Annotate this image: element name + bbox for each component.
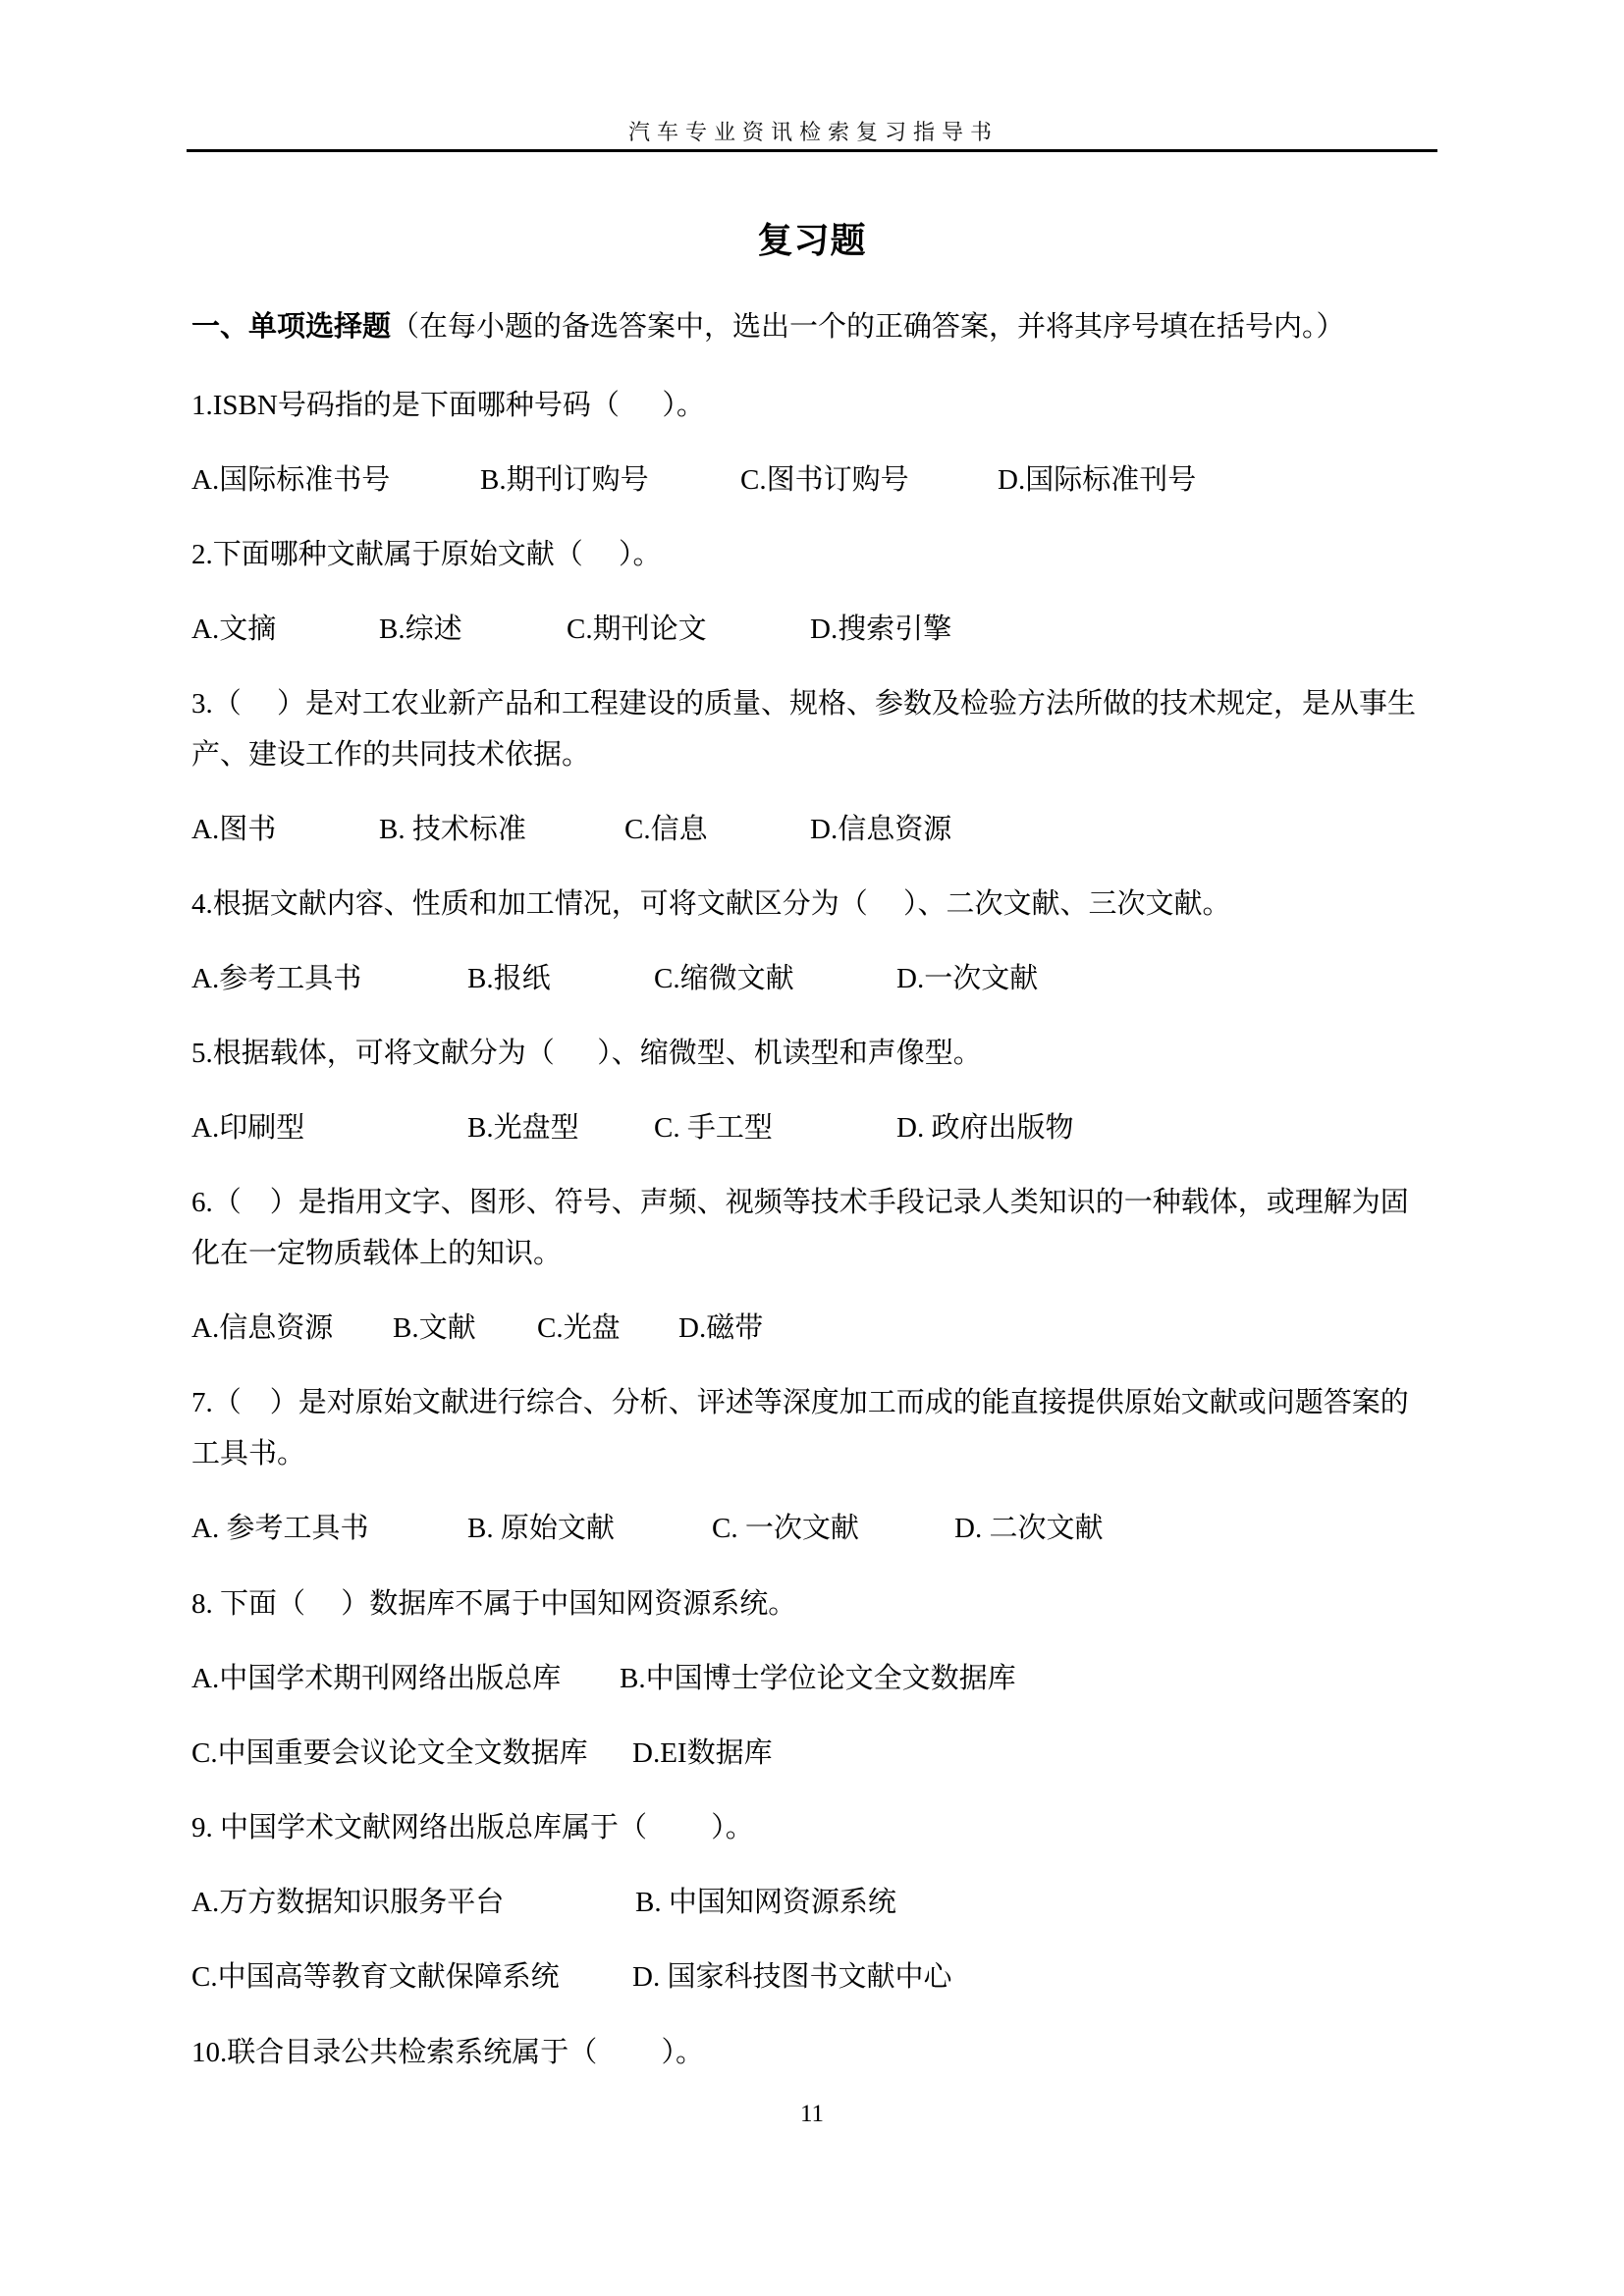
question-4: 4.根据文献内容、性质和加工情况，可将文献区分为（ ）、二次文献、三次文献。 (191, 884, 1231, 924)
q4-option-d: D.一次文献 (896, 959, 1038, 998)
question-7-line-2: 工具书。 (191, 1434, 305, 1473)
question-3-line-2: 产、建设工作的共同技术依据。 (191, 735, 590, 774)
section-heading: 一、单项选择题（在每小题的备选答案中，选出一个的正确答案，并将其序号填在括号内。… (191, 307, 1345, 347)
question-6-line-2: 化在一定物质载体上的知识。 (191, 1234, 562, 1273)
q3-option-b: B. 技术标准 (379, 810, 526, 849)
q9-option-a: A.万方数据知识服务平台 (191, 1883, 504, 1922)
running-header: 汽车专业资讯检索复习指导书 (0, 115, 1624, 150)
q1-option-a: A.国际标准书号 (191, 460, 390, 500)
question-5: 5.根据载体，可将文献分为（ ）、缩微型、机读型和声像型。 (191, 1034, 982, 1073)
q1-option-b: B.期刊订购号 (480, 460, 649, 500)
header-rule (187, 149, 1437, 152)
document-page: 汽车专业资讯检索复习指导书 复习题 一、单项选择题（在每小题的备选答案中，选出一… (0, 0, 1624, 2296)
section-instruction: （在每小题的备选答案中，选出一个的正确答案，并将其序号填在括号内。） (391, 311, 1345, 343)
q9-option-d: D. 国家科技图书文献中心 (632, 1957, 951, 1997)
section-number: 一、 (191, 311, 248, 343)
q1-option-d: D.国际标准刊号 (998, 460, 1196, 500)
question-8: 8. 下面（ ）数据库不属于中国知网资源系统。 (191, 1584, 796, 1624)
q2-option-a: A.文摘 (191, 610, 276, 649)
question-9: 9. 中国学术文献网络出版总库属于（ ）。 (191, 1808, 754, 1847)
q6-option-c: C.光盘 (537, 1308, 621, 1348)
question-7-line-1: 7.（ ）是对原始文献进行综合、分析、评述等深度加工而成的能直接提供原始文献或问… (191, 1383, 1409, 1422)
q4-option-c: C.缩微文献 (654, 959, 794, 998)
q3-option-a: A.图书 (191, 810, 276, 849)
q9-option-b: B. 中国知网资源系统 (635, 1883, 896, 1922)
q5-option-d: D. 政府出版物 (896, 1108, 1073, 1148)
q9-option-c: C.中国高等教育文献保障系统 (191, 1957, 560, 1997)
q7-option-a: A. 参考工具书 (191, 1509, 368, 1548)
q2-option-b: B.综述 (379, 610, 462, 649)
q7-option-b: B. 原始文献 (467, 1509, 615, 1548)
q2-option-d: D.搜索引擎 (810, 610, 951, 649)
q6-option-d: D.磁带 (678, 1308, 763, 1348)
question-1: 1.ISBN号码指的是下面哪种号码（ ）。 (191, 386, 705, 425)
q7-option-d: D. 二次文献 (954, 1509, 1103, 1548)
q8-option-c: C.中国重要会议论文全文数据库 (191, 1734, 588, 1773)
q6-option-a: A.信息资源 (191, 1308, 333, 1348)
section-label: 单项选择题 (248, 311, 391, 343)
question-6-line-1: 6.（ ）是指用文字、图形、符号、声频、视频等技术手段记录人类知识的一种载体，或… (191, 1183, 1409, 1222)
q3-option-d: D.信息资源 (810, 810, 951, 849)
q5-option-b: B.光盘型 (467, 1108, 579, 1148)
q8-option-b: B.中国博士学位论文全文数据库 (620, 1659, 1016, 1698)
question-3-line-1: 3.（ ）是对工农业新产品和工程建设的质量、规格、参数及检验方法所做的技术规定，… (191, 684, 1416, 723)
q5-option-a: A.印刷型 (191, 1108, 304, 1148)
q8-option-a: A.中国学术期刊网络出版总库 (191, 1659, 561, 1698)
q1-option-c: C.图书订购号 (740, 460, 909, 500)
q3-option-c: C.信息 (624, 810, 708, 849)
question-10: 10.联合目录公共检索系统属于（ ）。 (191, 2033, 704, 2072)
q7-option-c: C. 一次文献 (712, 1509, 859, 1548)
q2-option-c: C.期刊论文 (567, 610, 707, 649)
q8-option-d: D.EI数据库 (632, 1734, 773, 1773)
page-number: 11 (0, 2099, 1624, 2130)
q4-option-a: A.参考工具书 (191, 959, 361, 998)
q6-option-b: B.文献 (393, 1308, 476, 1348)
page-title: 复习题 (0, 218, 1624, 263)
q4-option-b: B.报纸 (467, 959, 551, 998)
q5-option-c: C. 手工型 (654, 1108, 773, 1148)
question-2: 2.下面哪种文献属于原始文献（ ）。 (191, 535, 662, 574)
